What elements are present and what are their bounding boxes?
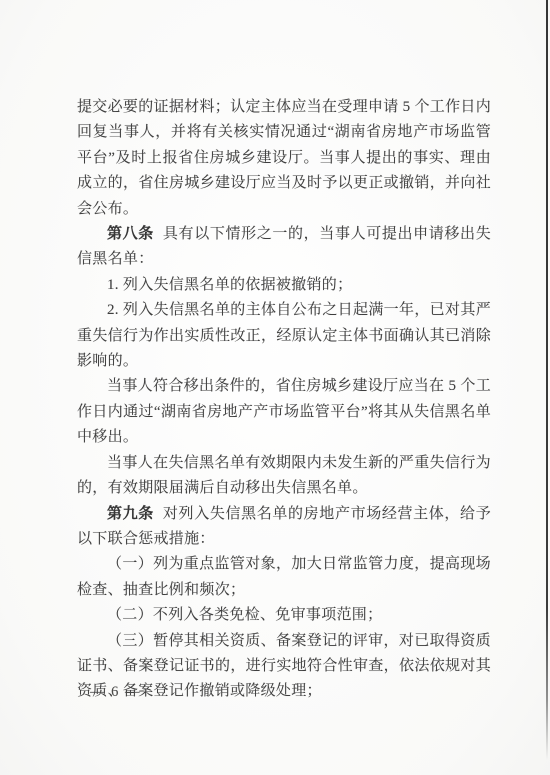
article-number-label: 第九条	[107, 506, 154, 522]
document-text-block: 提交必要的证据材料；认定主体应当在受理申请 5 个工作日内回复当事人，并将有关核…	[77, 95, 491, 705]
paragraph-text: 当事人符合移出条件的，省住房城乡建设厅应当在 5 个工作日内通过“湖南省房地产产…	[77, 378, 491, 445]
page-edge-line	[546, 0, 548, 760]
list-item: 2. 列入失信黑名单的主体自公布之日起满一年，已对其严重失信行为作出实质性改正，…	[77, 298, 491, 374]
article-number-label: 第八条	[107, 226, 154, 242]
list-item: （二）不列入各类免检、免审事项范围；	[77, 603, 491, 628]
paragraph-text: 1. 列入失信黑名单的依据被撤销的；	[107, 277, 352, 293]
page-number: — 6 —	[90, 684, 141, 701]
paragraph-text: 2. 列入失信黑名单的主体自公布之日起满一年，已对其严重失信行为作出实质性改正，…	[77, 302, 491, 369]
list-item: 1. 列入失信黑名单的依据被撤销的；	[77, 273, 491, 298]
paragraph-article-9: 第九条对列入失信黑名单的房地产市场经营主体，给予以下联合惩戒措施：	[77, 502, 491, 553]
list-item: （一）列为重点监管对象，加大日常监管力度，提高现场检查、抽查比例和频次；	[77, 552, 491, 603]
paragraph: 当事人符合移出条件的，省住房城乡建设厅应当在 5 个工作日内通过“湖南省房地产产…	[77, 374, 491, 450]
paragraph-text: （一）列为重点监管对象，加大日常监管力度，提高现场检查、抽查比例和频次；	[77, 556, 491, 597]
paragraph-text: 提交必要的证据材料；认定主体应当在受理申请 5 个工作日内回复当事人，并将有关核…	[77, 99, 491, 217]
paragraph-text: （二）不列入各类免检、免审事项范围；	[107, 607, 382, 623]
paragraph: 当事人在失信黑名单有效期限内未发生新的严重失信行为的，有效期限届满后自动移出失信…	[77, 451, 491, 502]
paragraph-article-8: 第八条具有以下情形之一的，当事人可提出申请移出失信黑名单：	[77, 222, 491, 273]
paragraph: 提交必要的证据材料；认定主体应当在受理申请 5 个工作日内回复当事人，并将有关核…	[77, 95, 491, 222]
scanned-document-page: { "document": { "paragraphs": [ { "text"…	[0, 0, 550, 775]
paragraph-text: 当事人在失信黑名单有效期限内未发生新的严重失信行为的，有效期限届满后自动移出失信…	[77, 455, 491, 496]
